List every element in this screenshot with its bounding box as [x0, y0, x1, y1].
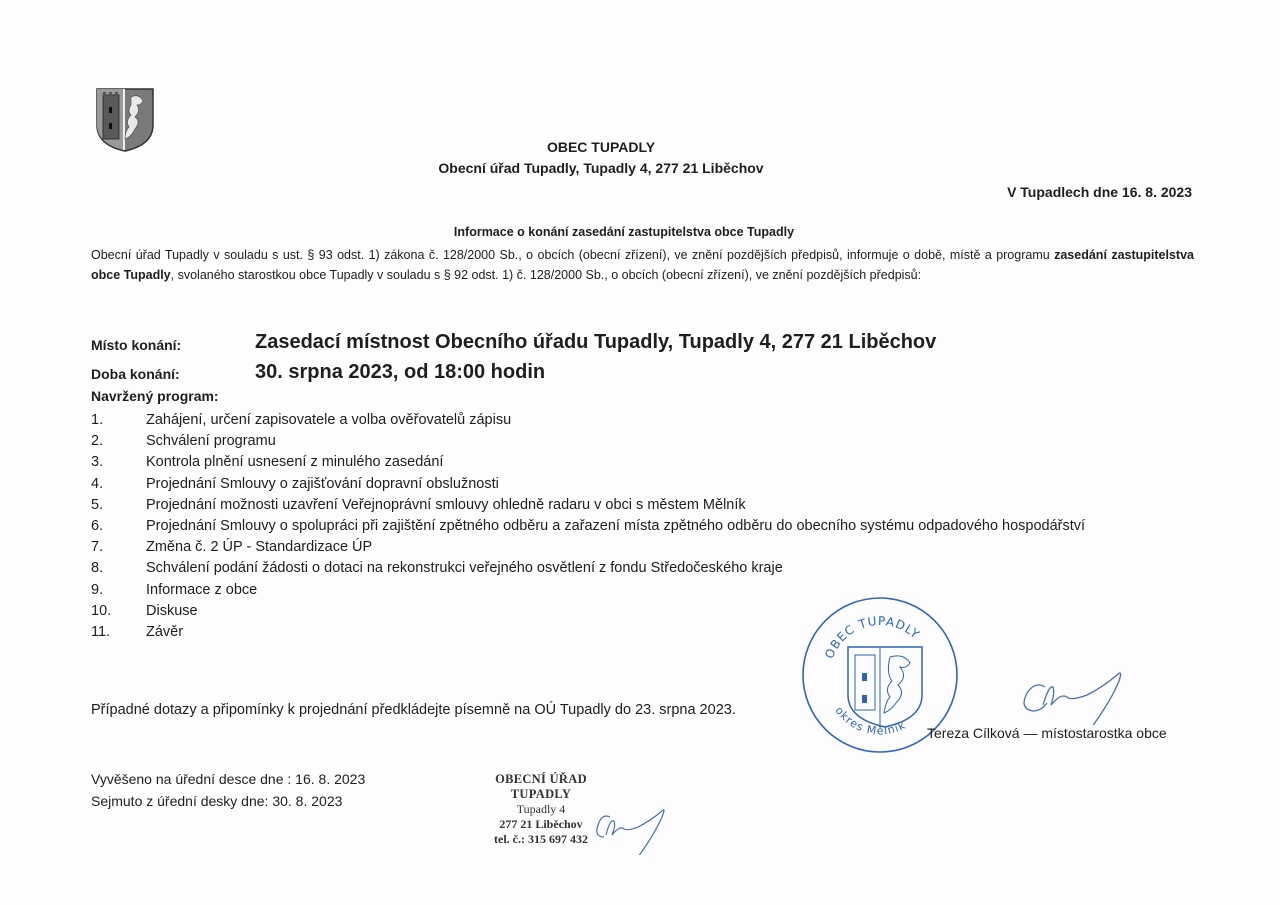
signatory-name: Tereza Cílková — místostarostka obce	[927, 725, 1167, 741]
signature-icon	[590, 805, 700, 855]
item-text: Schválení programu	[146, 431, 1151, 452]
place-label: Místo konání:	[91, 337, 181, 353]
org-name: OBEC TUPADLY	[386, 139, 816, 155]
time-label: Doba konání:	[91, 366, 180, 382]
place-date: V Tupadlech dne 16. 8. 2023	[1007, 184, 1192, 200]
item-number: 9.	[91, 580, 146, 601]
coat-of-arms-icon	[95, 87, 155, 153]
item-text: Schválení podání žádosti o dotaci na rek…	[146, 558, 1151, 579]
questions-note: Případné dotazy a připomínky k projednán…	[91, 702, 736, 718]
list-item: 1.Zahájení, určení zapisovatele a volba …	[91, 410, 1151, 431]
item-text: Informace z obce	[146, 580, 1151, 601]
item-text: Závěr	[146, 622, 1151, 643]
place-value: Zasedací místnost Obecního úřadu Tupadly…	[255, 331, 936, 354]
item-text: Projednání Smlouvy o zajišťování dopravn…	[146, 474, 1151, 495]
paragraph-text: Obecní úřad Tupadly v souladu s ust. § 9…	[91, 248, 1054, 262]
item-text: Projednání Smlouvy o spolupráci při zaji…	[146, 516, 1151, 537]
svg-text:okres Mělník: okres Mělník	[832, 704, 908, 737]
svg-text:OBEC TUPADLY: OBEC TUPADLY	[822, 614, 922, 661]
list-item: 7.Změna č. 2 ÚP - Standardizace ÚP	[91, 537, 1151, 558]
item-text: Projednání možnosti uzavření Veřejnopráv…	[146, 495, 1151, 516]
posting-dates: Vyvěšeno na úřední desce dne : 16. 8. 20…	[91, 768, 365, 812]
program-list: 1.Zahájení, určení zapisovatele a volba …	[91, 410, 1151, 643]
list-item: 2.Schválení programu	[91, 431, 1151, 452]
notice-paragraph: Obecní úřad Tupadly v souladu s ust. § 9…	[91, 245, 1194, 285]
item-number: 10.	[91, 601, 146, 622]
list-item: 3.Kontrola plnění usnesení z minulého za…	[91, 452, 1151, 473]
list-item: 10.Diskuse	[91, 601, 1151, 622]
signature-icon	[1015, 665, 1165, 725]
removed-date: Sejmuto z úřední desky dne: 30. 8. 2023	[91, 790, 365, 812]
program-title: Navržený program:	[91, 388, 219, 404]
office-stamp-line: OBECNÍ ÚŘAD TUPADLY	[466, 772, 616, 802]
posted-date: Vyvěšeno na úřední desce dne : 16. 8. 20…	[91, 768, 365, 790]
list-item: 9.Informace z obce	[91, 580, 1151, 601]
item-number: 3.	[91, 452, 146, 473]
list-item: 8.Schválení podání žádosti o dotaci na r…	[91, 558, 1151, 579]
item-number: 2.	[91, 431, 146, 452]
item-number: 4.	[91, 474, 146, 495]
item-text: Diskuse	[146, 601, 1151, 622]
item-text: Změna č. 2 ÚP - Standardizace ÚP	[146, 537, 1151, 558]
item-number: 5.	[91, 495, 146, 516]
paragraph-text: , svolaného starostkou obce Tupadly v so…	[171, 268, 921, 282]
item-text: Kontrola plnění usnesení z minulého zase…	[146, 452, 1151, 473]
time-value: 30. srpna 2023, od 18:00 hodin	[255, 361, 545, 384]
list-item: 11.Závěr	[91, 622, 1151, 643]
item-text: Zahájení, určení zapisovatele a volba ov…	[146, 410, 1151, 431]
list-item: 5.Projednání možnosti uzavření Veřejnopr…	[91, 495, 1151, 516]
item-number: 6.	[91, 516, 146, 537]
office-address: Obecní úřad Tupadly, Tupadly 4, 277 21 L…	[386, 160, 816, 176]
item-number: 8.	[91, 558, 146, 579]
item-number: 7.	[91, 537, 146, 558]
list-item: 6.Projednání Smlouvy o spolupráci při za…	[91, 516, 1151, 537]
notice-title: Informace o konání zasedání zastupitelst…	[374, 225, 874, 239]
item-number: 11.	[91, 622, 146, 643]
list-item: 4.Projednání Smlouvy o zajišťování dopra…	[91, 474, 1151, 495]
item-number: 1.	[91, 410, 146, 431]
